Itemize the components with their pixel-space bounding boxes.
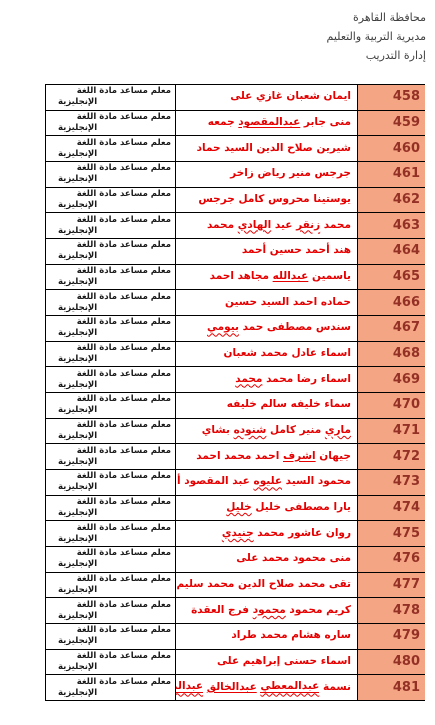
job-title-line-1: معلم مساعد مادة اللغة [50,163,171,174]
name-segment: عيد [271,219,296,231]
name-segment: شيرين صلاح الدين السيد حماد [197,142,351,154]
name-segment: محمود [253,604,286,616]
job-title-line-2: الإنجليزية [50,611,171,622]
name-segment: عبدالمقصود [238,116,300,128]
job-title-line-1: معلم مساعد مادة اللغة [50,420,171,431]
job-title-line-1: معلم مساعد مادة اللغة [50,394,171,405]
name-segment: زنقر [296,219,320,231]
job-title-line-2: الإنجليزية [50,354,171,365]
job-title-line-1: معلم مساعد مادة اللغة [50,625,171,636]
job-title-line-2: الإنجليزية [50,303,171,314]
teachers-table: معلم مساعد مادة اللغةالإنجليزيةايمان شعب… [45,84,425,701]
name-cell: منى محمود محمد على [175,547,358,572]
name-segment [203,681,207,693]
job-title-line-1: معلم مساعد مادة اللغة [50,138,171,149]
letterhead-governorate: محافظة القاهرة [327,8,426,27]
job-title-cell: معلم مساعد مادة اللغةالإنجليزية [45,213,175,238]
job-title-cell: معلم مساعد مادة اللغةالإنجليزية [45,496,175,521]
name-segment: تقى محمد صلاح الدين محمد سليم [176,578,351,590]
job-title-line-2: الإنجليزية [50,200,171,211]
table-row: معلم مساعد مادة اللغةالإنجليزيةاسماء حسن… [45,650,425,676]
name-segment: محمد [320,219,351,231]
name-cell: محمود السيد عليوه عبد المقصود أحمد علي [175,470,358,495]
serial-number-cell: 469 [358,367,425,392]
serial-number-cell: 471 [358,419,425,444]
name-cell: ايمان شعبان غازي على [175,85,358,110]
job-title-line-2: الإنجليزية [50,508,171,519]
name-segment: كريم محمود [286,604,351,616]
name-segment: سماء خليفه سالم خليفه [227,398,351,410]
serial-number-cell: 470 [358,393,425,418]
name-segment: خليل [226,501,252,513]
serial-number-cell: 459 [358,111,425,136]
job-title-line-1: معلم مساعد مادة اللغة [50,240,171,251]
job-title-line-2: الإنجليزية [50,251,171,262]
name-cell: جرجس منير رياض زاخر [175,162,358,187]
name-segment: اشرف [283,450,316,462]
name-cell: كريم محمود محمود فرج العقدة [175,598,358,623]
job-title-cell: معلم مساعد مادة اللغةالإنجليزية [45,521,175,546]
job-title-cell: معلم مساعد مادة اللغةالإنجليزية [45,419,175,444]
job-title-line-2: الإنجليزية [50,636,171,647]
job-title-line-1: معلم مساعد مادة اللغة [50,651,171,662]
document-page: محافظة القاهرة مديرية التربية والتعليم إ… [0,0,435,725]
name-segment: حماده احمد السيد حسين [225,296,351,308]
name-cell: حماده احمد السيد حسين [175,290,358,315]
job-title-cell: معلم مساعد مادة اللغةالإنجليزية [45,598,175,623]
name-cell: ماري منير كامل شنوده بشاي [175,419,358,444]
name-cell: يوستينا محروس كامل جرجس [175,188,358,213]
job-title-cell: معلم مساعد مادة اللغةالإنجليزية [45,470,175,495]
job-title-cell: معلم مساعد مادة اللغةالإنجليزية [45,111,175,136]
serial-number-cell: 466 [358,290,425,315]
job-title-cell: معلم مساعد مادة اللغةالإنجليزية [45,265,175,290]
table-row: معلم مساعد مادة اللغةالإنجليزيةمحمد زنقر… [45,213,425,239]
letterhead: محافظة القاهرة مديرية التربية والتعليم إ… [327,8,426,65]
job-title-line-2: الإنجليزية [50,328,171,339]
job-title-line-1: معلم مساعد مادة اللغة [50,548,171,559]
name-segment: عبدالله [273,270,309,282]
job-title-cell: معلم مساعد مادة اللغةالإنجليزية [45,316,175,341]
job-title-line-1: معلم مساعد مادة اللغة [50,446,171,457]
name-cell: اسماء رضا محمد محمد [175,367,358,392]
name-segment: جرجس منير رياض زاخر [230,167,351,179]
job-title-line-1: معلم مساعد مادة اللغة [50,266,171,277]
letterhead-administration: إدارة التدريب [327,46,426,65]
name-cell: شيرين صلاح الدين السيد حماد [175,136,358,161]
job-title-cell: معلم مساعد مادة اللغةالإنجليزية [45,342,175,367]
table-row: معلم مساعد مادة اللغةالإنجليزيةشيرين صلا… [45,136,425,162]
job-title-cell: معلم مساعد مادة اللغةالإنجليزية [45,162,175,187]
name-segment: محمود السيد [282,475,351,487]
table-row: معلم مساعد مادة اللغةالإنجليزيةمنى محمود… [45,547,425,573]
name-segment: اسماء رضا محمد [262,373,351,385]
serial-number-cell: 461 [358,162,425,187]
name-segment: روان عاشور محمد [254,527,351,539]
job-title-line-2: الإنجليزية [50,585,171,596]
name-cell: سماء خليفه سالم خليفه [175,393,358,418]
name-segment: عبدالخالق [207,681,257,693]
table-row: معلم مساعد مادة اللغةالإنجليزيةاسماء رضا… [45,367,425,393]
serial-number-cell: 475 [358,521,425,546]
job-title-line-1: معلم مساعد مادة اللغة [50,215,171,226]
job-title-cell: معلم مساعد مادة اللغةالإنجليزية [45,624,175,649]
name-cell: روان عاشور محمد جنيدي [175,521,358,546]
name-segment: الهادي [238,219,271,231]
job-title-cell: معلم مساعد مادة اللغةالإنجليزية [45,239,175,264]
name-segment: سندس مصطفى حمد [239,321,351,333]
job-title-cell: معلم مساعد مادة اللغةالإنجليزية [45,367,175,392]
serial-number-cell: 478 [358,598,425,623]
name-segment: مجاهد احمد [210,270,273,282]
job-title-line-2: الإنجليزية [50,431,171,442]
job-title-cell: معلم مساعد مادة اللغةالإنجليزية [45,290,175,315]
job-title-line-1: معلم مساعد مادة اللغة [50,369,171,380]
serial-number-cell: 462 [358,188,425,213]
table-row: معلم مساعد مادة اللغةالإنجليزيةجرجس منير… [45,162,425,188]
name-segment: فرج العقدة [191,604,253,616]
job-title-cell: معلم مساعد مادة اللغةالإنجليزية [45,675,175,700]
table-row: معلم مساعد مادة اللغةالإنجليزيةياسمين عب… [45,265,425,291]
name-segment: ياسمين [308,270,351,282]
job-title-line-1: معلم مساعد مادة اللغة [50,112,171,123]
job-title-line-1: معلم مساعد مادة اللغة [50,189,171,200]
table-row: معلم مساعد مادة اللغةالإنجليزيةروان عاشو… [45,521,425,547]
job-title-line-2: الإنجليزية [50,97,171,108]
table-row: معلم مساعد مادة اللغةالإنجليزيةهند أحمد … [45,239,425,265]
table-row: معلم مساعد مادة اللغةالإنجليزيةسندس مصطف… [45,316,425,342]
job-title-line-2: الإنجليزية [50,688,171,699]
serial-number-cell: 477 [358,573,425,598]
table-row: معلم مساعد مادة اللغةالإنجليزيةحماده احم… [45,290,425,316]
serial-number-cell: 468 [358,342,425,367]
serial-number-cell: 481 [358,675,425,700]
table-row: معلم مساعد مادة اللغةالإنجليزيةمحمود الس… [45,470,425,496]
name-segment: محمد [235,373,262,385]
job-title-line-1: معلم مساعد مادة اللغة [50,677,171,688]
name-segment: منى محمود محمد على [236,552,351,564]
job-title-line-1: معلم مساعد مادة اللغة [50,343,171,354]
job-title-line-2: الإنجليزية [50,123,171,134]
name-cell: جيهان اشرف احمد محمد احمد [175,444,358,469]
job-title-line-2: الإنجليزية [50,457,171,468]
name-segment: ايمان شعبان غازي على [230,90,351,102]
serial-number-cell: 464 [358,239,425,264]
job-title-line-1: معلم مساعد مادة اللغة [50,317,171,328]
job-title-cell: معلم مساعد مادة اللغةالإنجليزية [45,136,175,161]
table-row: معلم مساعد مادة اللغةالإنجليزيةايمان شعب… [45,85,425,111]
job-title-line-1: معلم مساعد مادة اللغة [50,523,171,534]
name-segment: بشاي [202,424,234,436]
job-title-line-2: الإنجليزية [50,174,171,185]
name-cell: محمد زنقر عيد الهادي محمد [175,213,358,238]
name-cell: اسماء عادل محمد شعبان [175,342,358,367]
name-segment: اسماء حسنى إبراهيم على [217,655,351,667]
name-cell: يارا مصطفى خليل خليل [175,496,358,521]
name-cell: منى جابر عبدالمقصود جمعه [175,111,358,136]
name-cell: ساره هشام محمد طراد [175,624,358,649]
serial-number-cell: 476 [358,547,425,572]
serial-number-cell: 458 [358,85,425,110]
serial-number-cell: 467 [358,316,425,341]
name-segment: شنوده [234,424,267,436]
job-title-line-2: الإنجليزية [50,662,171,673]
name-segment: ساره هشام محمد طراد [231,629,351,641]
name-segment: جنيدي [222,527,254,539]
table-row: معلم مساعد مادة اللغةالإنجليزيةكريم محمو… [45,598,425,624]
job-title-cell: معلم مساعد مادة اللغةالإنجليزية [45,573,175,598]
name-segment: محمد [207,219,238,231]
job-title-line-2: الإنجليزية [50,405,171,416]
name-segment: نسمة [319,681,351,693]
job-title-line-2: الإنجليزية [50,534,171,545]
name-segment: عبد المقصود أحمد علي [175,475,254,487]
serial-number-cell: 473 [358,470,425,495]
name-segment: يوستينا محروس كامل جرجس [198,193,351,205]
job-title-line-2: الإنجليزية [50,277,171,288]
table-row: معلم مساعد مادة اللغةالإنجليزيةمنى جابر … [45,111,425,137]
job-title-line-1: معلم مساعد مادة اللغة [50,86,171,97]
table-row: معلم مساعد مادة اللغةالإنجليزيةتقى محمد … [45,573,425,599]
name-cell: ياسمين عبدالله مجاهد احمد [175,265,358,290]
job-title-line-2: الإنجليزية [50,559,171,570]
table-row: معلم مساعد مادة اللغةالإنجليزيةنسمة عبدا… [45,675,425,700]
letterhead-directorate: مديرية التربية والتعليم [327,27,426,46]
table-row: معلم مساعد مادة اللغةالإنجليزيةجيهان اشر… [45,444,425,470]
table-row: معلم مساعد مادة اللغةالإنجليزيةسماء خليف… [45,393,425,419]
table-row: معلم مساعد مادة اللغةالإنجليزيةساره هشام… [45,624,425,650]
name-segment: عبدالمعطى [175,680,203,693]
job-title-cell: معلم مساعد مادة اللغةالإنجليزية [45,393,175,418]
serial-number-cell: 479 [358,624,425,649]
name-segment: منى جابر [300,116,351,128]
name-cell: اسماء حسنى إبراهيم على [175,650,358,675]
job-title-line-2: الإنجليزية [50,482,171,493]
name-segment: بيومي [207,321,239,333]
table-row: معلم مساعد مادة اللغةالإنجليزيةيارا مصطف… [45,496,425,522]
name-segment: ماري [325,424,351,436]
name-cell: هند أحمد حسين أحمد [175,239,358,264]
serial-number-cell: 472 [358,444,425,469]
table-row: معلم مساعد مادة اللغةالإنجليزيةماري منير… [45,419,425,445]
serial-number-cell: 465 [358,265,425,290]
name-segment: جيهان [316,450,351,462]
job-title-line-1: معلم مساعد مادة اللغة [50,471,171,482]
serial-number-cell: 480 [358,650,425,675]
name-segment: يارا مصطفى خليل [252,501,351,513]
job-title-line-2: الإنجليزية [50,226,171,237]
job-title-line-2: الإنجليزية [50,380,171,391]
table-row: معلم مساعد مادة اللغةالإنجليزيةيوستينا م… [45,188,425,214]
name-cell: نسمة عبدالمعطي عبدالخالق عبدالمعطى [175,675,358,700]
job-title-cell: معلم مساعد مادة اللغةالإنجليزية [45,188,175,213]
job-title-cell: معلم مساعد مادة اللغةالإنجليزية [45,650,175,675]
name-segment [257,681,261,693]
job-title-line-1: معلم مساعد مادة اللغة [50,600,171,611]
serial-number-cell: 463 [358,213,425,238]
name-segment: عليوه [254,475,283,487]
serial-number-cell: 460 [358,136,425,161]
job-title-line-1: معلم مساعد مادة اللغة [50,574,171,585]
name-cell: تقى محمد صلاح الدين محمد سليم [175,573,358,598]
name-cell: سندس مصطفى حمد بيومي [175,316,358,341]
name-segment: اسماء عادل محمد شعبان [224,347,351,359]
name-segment: جمعه [208,116,239,128]
job-title-line-1: معلم مساعد مادة اللغة [50,497,171,508]
name-segment: منير كامل [266,424,325,436]
job-title-cell: معلم مساعد مادة اللغةالإنجليزية [45,85,175,110]
job-title-line-1: معلم مساعد مادة اللغة [50,292,171,303]
job-title-cell: معلم مساعد مادة اللغةالإنجليزية [45,444,175,469]
serial-number-cell: 474 [358,496,425,521]
table-row: معلم مساعد مادة اللغةالإنجليزيةاسماء عاد… [45,342,425,368]
job-title-cell: معلم مساعد مادة اللغةالإنجليزية [45,547,175,572]
name-segment: احمد محمد احمد [196,450,283,462]
job-title-line-2: الإنجليزية [50,149,171,160]
name-segment: هند أحمد حسين أحمد [242,244,351,256]
name-segment: عبدالمعطي [260,680,319,693]
